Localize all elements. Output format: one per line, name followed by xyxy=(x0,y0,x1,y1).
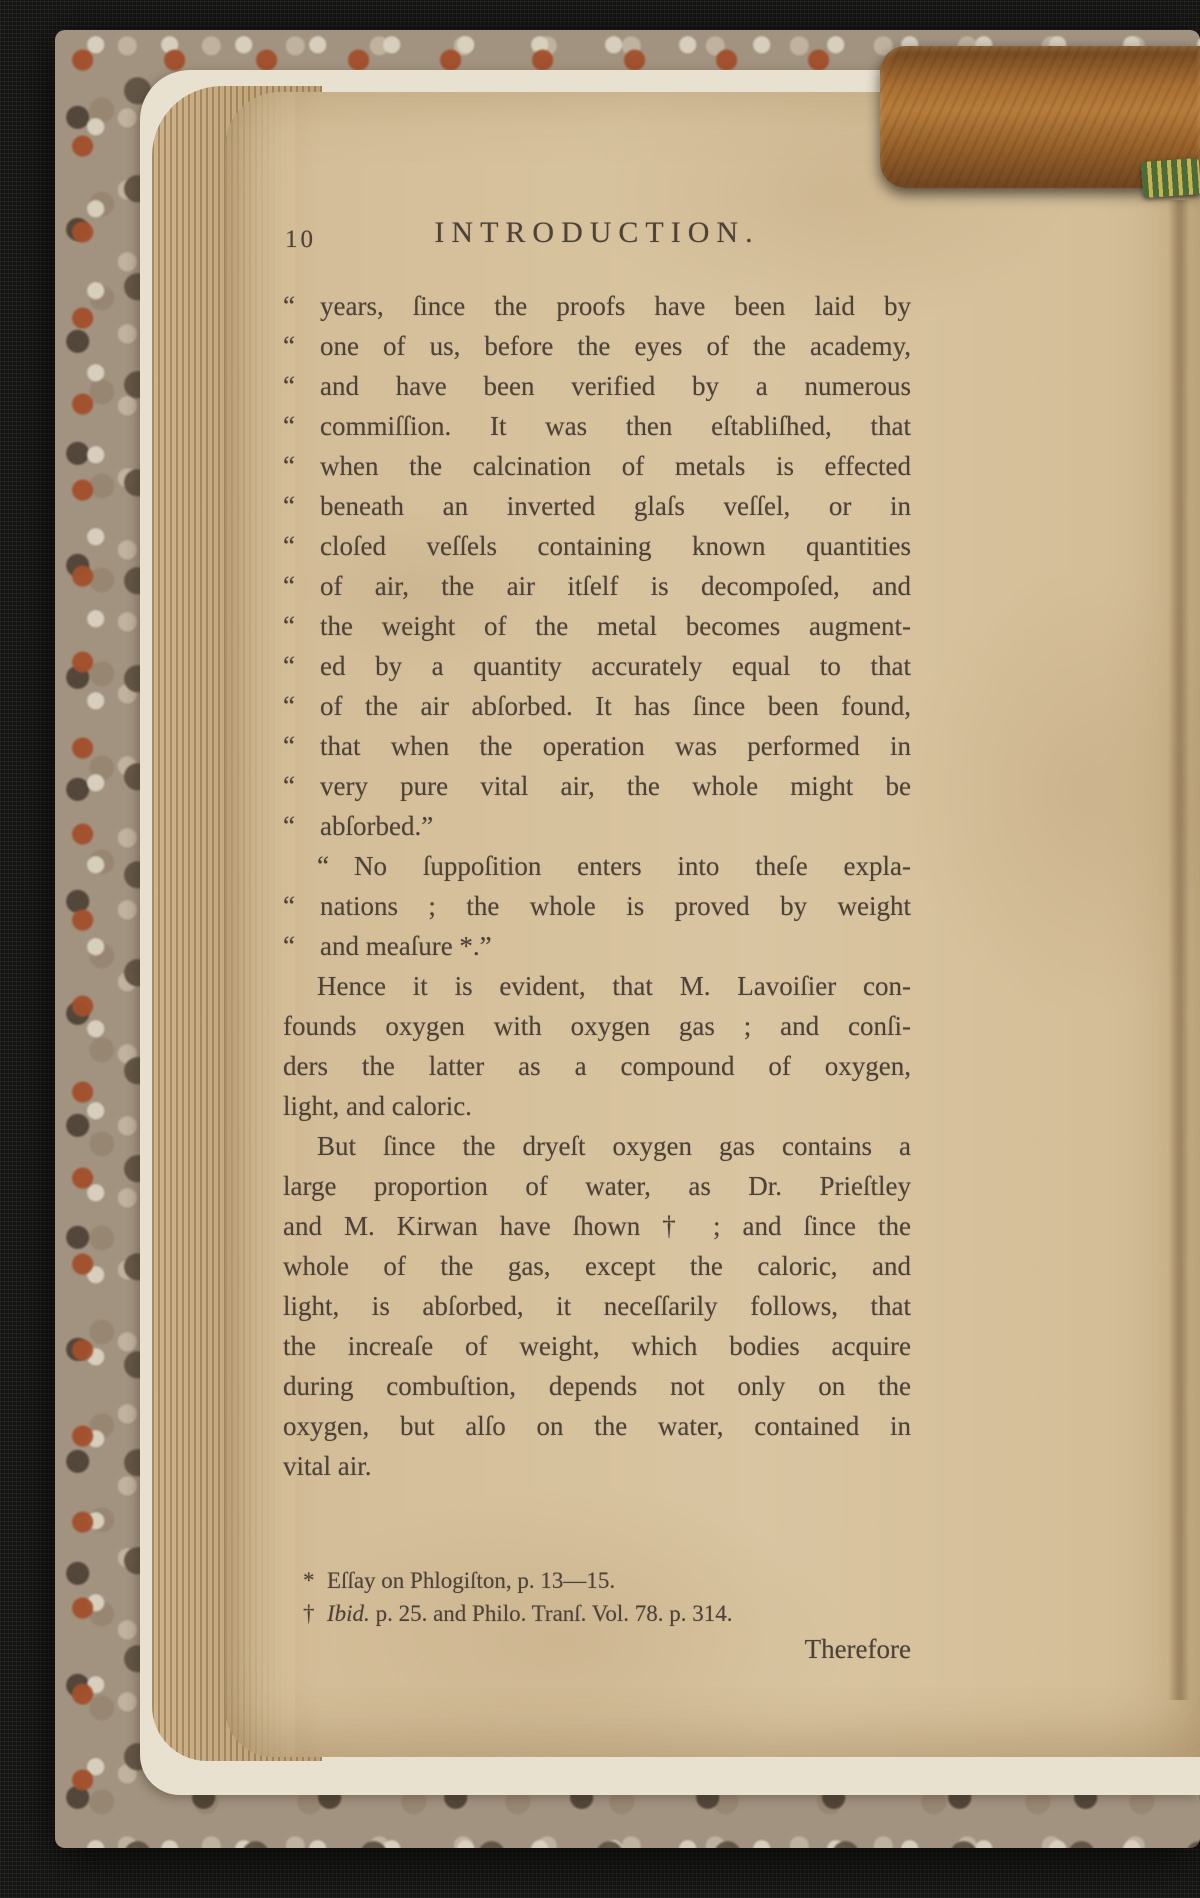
catchword: Therefore xyxy=(283,1634,911,1665)
line-text: ed by a quantity accurately equal to tha… xyxy=(320,646,911,686)
line-text: light, and caloric. xyxy=(283,1086,911,1126)
text-line: “nations ; the whole is proved by weight xyxy=(283,886,911,926)
footnote: *Eſſay on Phlogiſton, p. 13—15. xyxy=(303,1564,911,1597)
text-line: and M. Kirwan have ſhown † ; and ſince t… xyxy=(283,1206,911,1246)
line-text: founds oxygen with oxygen gas ; and conſ… xyxy=(283,1006,911,1046)
quote-mark: “ xyxy=(283,646,320,686)
text-line: “very pure vital air, the whole might be xyxy=(283,766,911,806)
line-text: cloſed veſſels containing known quantiti… xyxy=(320,526,911,566)
quote-mark: “ xyxy=(283,406,320,446)
footnote-marker: * xyxy=(303,1564,319,1597)
line-text: But ſince the dryeſt oxygen gas contains… xyxy=(283,1126,911,1166)
line-text: commiſſion. It was then eſtabliſhed, tha… xyxy=(320,406,911,446)
text-line: during combuſtion, depends not only on t… xyxy=(283,1366,911,1406)
line-text: when the calcination of metals is effect… xyxy=(320,446,911,486)
running-header: 10 INTRODUCTION. xyxy=(283,216,911,264)
quote-mark: “ xyxy=(283,446,320,486)
text-line: “No ſuppoſition enters into theſe expla- xyxy=(283,846,911,886)
footnote-marker: † xyxy=(303,1597,319,1630)
line-text: very pure vital air, the whole might be xyxy=(320,766,911,806)
line-text: and have been verified by a numerous xyxy=(320,366,911,406)
body-text: “years, ſince the proofs have been laid … xyxy=(283,286,911,1486)
line-text: during combuſtion, depends not only on t… xyxy=(283,1366,911,1406)
text-line: Hence it is evident, that M. Lavoiſier c… xyxy=(283,966,911,1006)
text-line: “commiſſion. It was then eſtabliſhed, th… xyxy=(283,406,911,446)
line-text: nations ; the whole is proved by weight xyxy=(320,886,911,926)
text-line: light, and caloric. xyxy=(283,1086,911,1126)
footnote-text: p. 25. and Philo. Tranſ. Vol. 78. p. 314… xyxy=(370,1601,733,1626)
endband xyxy=(1141,158,1200,198)
quote-mark: “ xyxy=(283,366,320,406)
line-text: beneath an inverted glaſs veſſel, or in xyxy=(320,486,911,526)
text-line: “and have been verified by a numerous xyxy=(283,366,911,406)
text-line: the increaſe of weight, which bodies acq… xyxy=(283,1326,911,1366)
text-line: “cloſed veſſels containing known quantit… xyxy=(283,526,911,566)
text-line: “years, ſince the proofs have been laid … xyxy=(283,286,911,326)
quote-mark: “ xyxy=(317,846,354,886)
text-line: “of air, the air itſelf is decompoſed, a… xyxy=(283,566,911,606)
text-line: ders the latter as a compound of oxygen, xyxy=(283,1046,911,1086)
quote-mark: “ xyxy=(283,286,320,326)
text-line: “the weight of the metal becomes augment… xyxy=(283,606,911,646)
line-text: abſorbed.” xyxy=(320,806,911,846)
quote-mark: “ xyxy=(283,526,320,566)
text-line: But ſince the dryeſt oxygen gas contains… xyxy=(283,1126,911,1166)
line-text: of the air abſorbed. It has ſince been f… xyxy=(320,686,911,726)
quote-mark: “ xyxy=(283,606,320,646)
line-text: vital air. xyxy=(283,1446,911,1486)
line-text: whole of the gas, except the caloric, an… xyxy=(283,1246,911,1286)
line-text: of air, the air itſelf is decompoſed, an… xyxy=(320,566,911,606)
page-title: INTRODUCTION. xyxy=(283,216,911,250)
footnotes: *Eſſay on Phlogiſton, p. 13—15.†Ibid. p.… xyxy=(303,1564,911,1630)
quote-mark: “ xyxy=(283,726,320,766)
quote-mark: “ xyxy=(283,486,320,526)
quote-mark: “ xyxy=(283,566,320,606)
line-text: years, ſince the proofs have been laid b… xyxy=(320,286,911,326)
footnote-text: Eſſay on Phlogiſton, p. 13—15. xyxy=(327,1568,615,1593)
line-text: ders the latter as a compound of oxygen, xyxy=(283,1046,911,1086)
line-text: and meaſure *.” xyxy=(320,926,911,966)
text-line: “ed by a quantity accurately equal to th… xyxy=(283,646,911,686)
line-text: the increaſe of weight, which bodies acq… xyxy=(283,1326,911,1366)
quote-mark: “ xyxy=(283,806,320,846)
line-text: large proportion of water, as Dr. Prieſt… xyxy=(283,1166,911,1206)
text-line: “and meaſure *.” xyxy=(283,926,911,966)
photograph-backdrop: 10 INTRODUCTION. “years, ſince the proof… xyxy=(0,0,1200,1898)
text-line: oxygen, but alſo on the water, contained… xyxy=(283,1406,911,1446)
text-line: large proportion of water, as Dr. Prieſt… xyxy=(283,1166,911,1206)
text-line: “one of us, before the eyes of the acade… xyxy=(283,326,911,366)
text-line: “beneath an inverted glaſs veſſel, or in xyxy=(283,486,911,526)
quote-mark: “ xyxy=(283,886,320,926)
text-line: vital air. xyxy=(283,1446,911,1486)
footnote: †Ibid. p. 25. and Philo. Tranſ. Vol. 78.… xyxy=(303,1597,911,1630)
line-text: oxygen, but alſo on the water, contained… xyxy=(283,1406,911,1446)
page-number: 10 xyxy=(285,226,316,254)
line-text: light, is abſorbed, it neceſſarily follo… xyxy=(283,1286,911,1326)
line-text: that when the operation was performed in xyxy=(320,726,911,766)
printed-text-block: 10 INTRODUCTION. “years, ſince the proof… xyxy=(283,216,911,1665)
text-line: “that when the operation was performed i… xyxy=(283,726,911,766)
text-line: “of the air abſorbed. It has ſince been … xyxy=(283,686,911,726)
line-text: and M. Kirwan have ſhown † ; and ſince t… xyxy=(283,1206,911,1246)
line-text: Hence it is evident, that M. Lavoiſier c… xyxy=(283,966,911,1006)
line-text: one of us, before the eyes of the academ… xyxy=(320,326,911,366)
quote-mark: “ xyxy=(283,926,320,966)
quote-mark: “ xyxy=(283,686,320,726)
text-line: whole of the gas, except the caloric, an… xyxy=(283,1246,911,1286)
quote-mark: “ xyxy=(283,766,320,806)
footnote-italic: Ibid. xyxy=(327,1601,370,1626)
text-line: “abſorbed.” xyxy=(283,806,911,846)
text-line: “when the calcination of metals is effec… xyxy=(283,446,911,486)
quote-mark: “ xyxy=(283,326,320,366)
text-line: light, is abſorbed, it neceſſarily follo… xyxy=(283,1286,911,1326)
line-text: No ſuppoſition enters into theſe expla- xyxy=(354,846,911,886)
text-line: founds oxygen with oxygen gas ; and conſ… xyxy=(283,1006,911,1046)
gutter-crease xyxy=(1168,200,1190,1700)
line-text: the weight of the metal becomes augment- xyxy=(320,606,911,646)
